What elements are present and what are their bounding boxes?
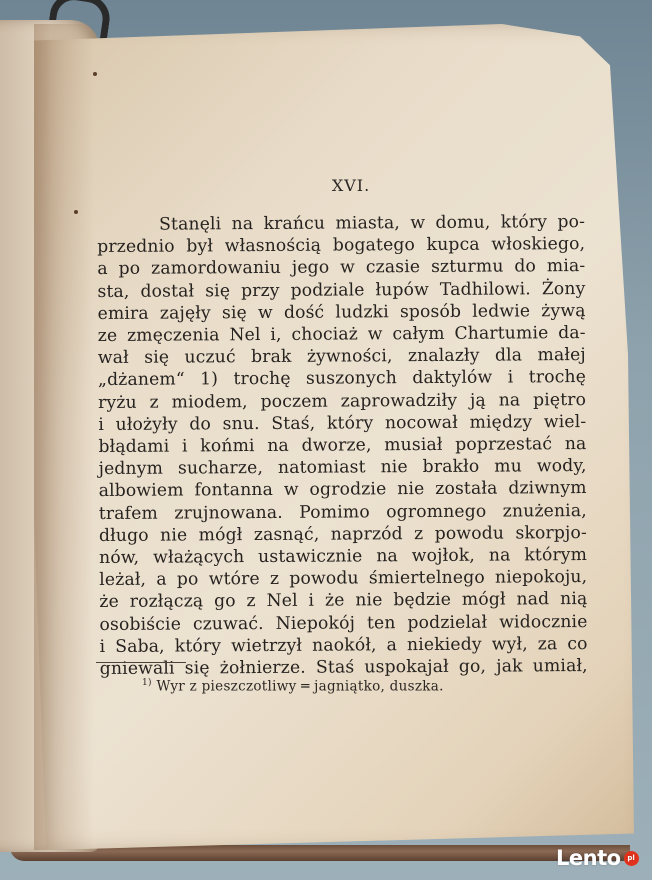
text-line: a po zamordowaniu jego w czasie szturmu … <box>97 255 585 280</box>
text-line: długo nie mógł zasnąć, naprzód z powodu … <box>99 522 587 547</box>
text-line: i ułożyły do snu. Staś, który nocował mi… <box>98 411 586 436</box>
footnote-text: Wyr z pieszczotliwy ═ jagniątko, duszka. <box>156 679 443 695</box>
lento-watermark: Lento pl <box>556 846 639 870</box>
footnote-marker: 1) <box>142 678 152 688</box>
text-line: ryżu z miodem, poczem zaprowadziły ją na… <box>98 389 586 414</box>
chapter-title: XVI. <box>0 176 652 195</box>
paper-speck <box>93 72 97 76</box>
chapter-body-text: Stanęli na krańcu miasta, w domu, który … <box>97 211 588 680</box>
footnote: 1) Wyr z pieszczotliwy ═ jagniątko, dusz… <box>142 678 444 695</box>
text-line: nów, włażących ustawicznie na wojłok, na… <box>99 544 587 569</box>
text-line: emira zajęły się w dość ludzki sposób le… <box>98 300 586 325</box>
speech-bubble-icon: pl <box>624 851 639 866</box>
text-line: sta, dostał się przy podziale łupów Tadh… <box>97 278 585 303</box>
text-line: wał się uczuć brak żywności, znalazły dl… <box>98 344 586 369</box>
text-line: „dżanem“ 1) trochę suszonych daktylów i … <box>98 366 586 391</box>
text-line: trafem zrujnowana. Pomimo ogromnego znuż… <box>99 500 587 525</box>
text-line: i Saba, który wietrzył naokół, a niekied… <box>100 633 588 658</box>
text-line: błądami i końmi na dworze, musiał poprze… <box>98 433 586 458</box>
text-line: ze zmęczenia Nel i, chociaż w całym Char… <box>98 322 586 347</box>
text-line: że rozłączą go z Nel i że nie będzie móg… <box>99 588 587 613</box>
text-line: jednym sucharze, natomiast nie brakło mu… <box>98 455 586 480</box>
text-line: Stanęli na krańcu miasta, w domu, który … <box>97 211 585 236</box>
footnote-divider <box>96 662 186 663</box>
text-line: gniewali się żołnierze. Staś uspokajał g… <box>100 655 588 680</box>
text-line: osobiście czuwać. Niepokój ten podzielał… <box>99 611 587 636</box>
text-line: leżał, a po wtóre z powodu śmiertelnego … <box>99 566 587 591</box>
text-line: albowiem fontanna w ogrodzie nie została… <box>99 477 587 502</box>
page-gutter-shadow <box>34 24 94 850</box>
text-line: przednio był własnością bogatego kupca w… <box>97 233 585 258</box>
paper-speck <box>74 210 78 214</box>
watermark-brand: Lento <box>556 846 621 870</box>
